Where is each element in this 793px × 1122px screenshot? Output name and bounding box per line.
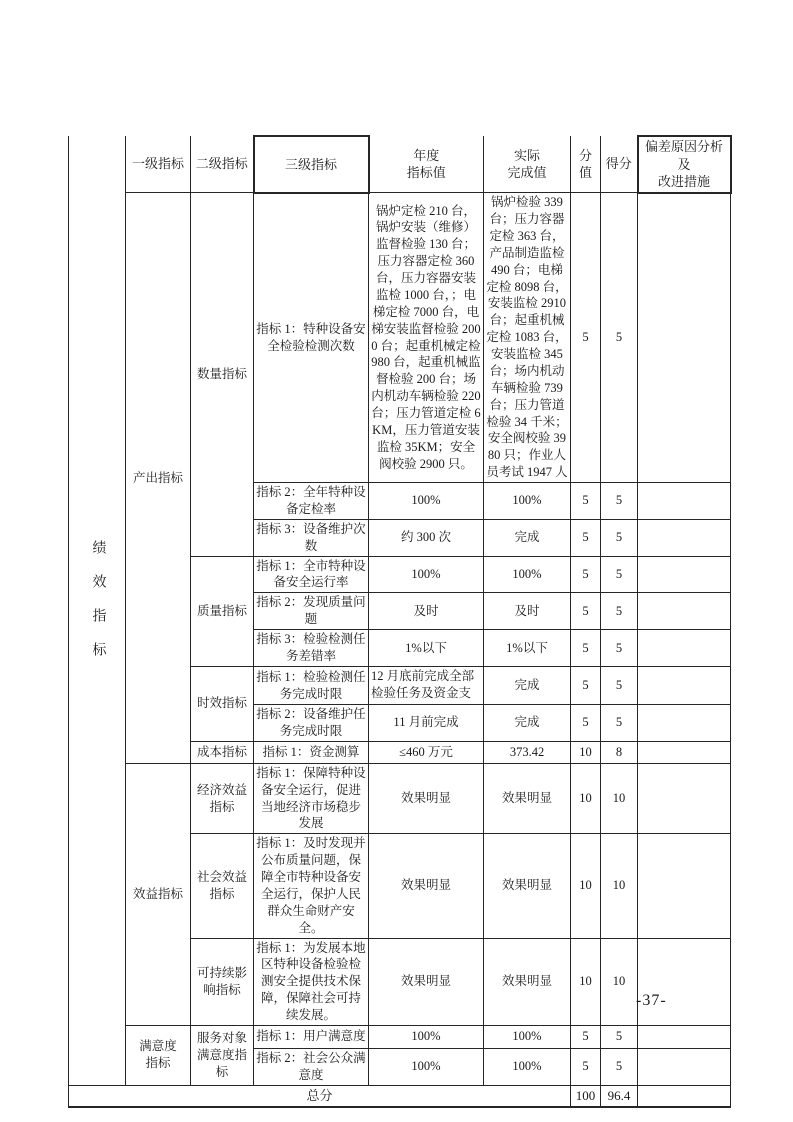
cell-level3: 指标 3：检验检测任务差错率 [254, 630, 369, 667]
cell-level3: 指标 1：及时发现并公布质量问题，保障全市特种设备安全运行，保护人民群众生命财产… [254, 834, 369, 938]
cell-points: 5 [571, 1048, 601, 1085]
header-actual-value: 实际 完成值 [484, 136, 571, 193]
cell-actual-value: 效果明显 [484, 763, 571, 834]
cell-level3: 指标 1：全市特种设备安全运行率 [254, 556, 369, 593]
cell-points: 10 [571, 938, 601, 1025]
clipped-text: 12 月底前完成全部检验任务及资金支付 [371, 668, 481, 703]
cell-points: 5 [571, 556, 601, 593]
cell-level2-quantity: 数量指标 [191, 193, 254, 556]
cell-actual-value: 效果明显 [484, 938, 571, 1025]
header-level3: 三级指标 [254, 136, 369, 193]
cell-actual-value: 完成 [484, 519, 571, 556]
header-points: 分 值 [571, 136, 601, 193]
cell-deviation [638, 483, 731, 520]
cell-actual-value: 锅炉检验 339 台；压力容器定检 363 台，产品制造监检 490 台；电梯定… [484, 193, 571, 483]
cell-level3: 指标 2：社会公众满意度 [254, 1048, 369, 1085]
cell-points: 5 [571, 667, 601, 705]
side-label-text: 绩效指标 [88, 540, 107, 676]
cell-annual-target: 效果明显 [369, 938, 484, 1025]
cell-level3: 指标 2：发现质量问题 [254, 593, 369, 630]
header-level2: 二级指标 [191, 136, 254, 193]
cell-annual-target: 效果明显 [369, 834, 484, 938]
cell-level1-benefit: 效益指标 [126, 763, 191, 1025]
cell-level2-cost: 成本指标 [191, 741, 254, 763]
cell-score: 10 [601, 763, 638, 834]
cell-actual-value: 及时 [484, 593, 571, 630]
cell-score: 5 [601, 556, 638, 593]
cell-level3: 指标 2：全年特种设备定检率 [254, 483, 369, 520]
cell-level3: 指标 1：资金测算 [254, 741, 369, 763]
cell-deviation [638, 763, 731, 834]
cell-level2-economic: 经济效益 指标 [191, 763, 254, 834]
cell-annual-target: ≤460 万元 [369, 741, 484, 763]
cell-points: 5 [571, 193, 601, 483]
cell-score: 10 [601, 938, 638, 1025]
cell-level3: 指标 1：用户满意度 [254, 1025, 369, 1048]
cell-annual-target: 1%以下 [369, 630, 484, 667]
cell-score: 5 [601, 1025, 638, 1048]
cell-points: 5 [571, 705, 601, 742]
cell-level2-timeliness: 时效指标 [191, 667, 254, 742]
cell-points: 5 [571, 483, 601, 520]
cell-points: 10 [571, 741, 601, 763]
cell-actual-value: 373.42 [484, 741, 571, 763]
cell-deviation [638, 193, 731, 483]
cell-score: 5 [601, 593, 638, 630]
performance-indicator-table: 绩效指标 一级指标 二级指标 三级指标 年度 指标值 实际 完成值 分 值 得分… [68, 135, 732, 1108]
cell-deviation [638, 667, 731, 705]
cell-annual-target: 100% [369, 1025, 484, 1048]
cell-deviation [638, 556, 731, 593]
cell-deviation [638, 705, 731, 742]
cell-annual-target: 效果明显 [369, 763, 484, 834]
cell-level3: 指标 1：检验检测任务完成时限 [254, 667, 369, 705]
table-row: 满意度 指标 服务对象 满意度指 标 指标 1：用户满意度 100% 100% … [69, 1025, 731, 1048]
total-label: 总分 [69, 1085, 571, 1107]
table-header-row: 绩效指标 一级指标 二级指标 三级指标 年度 指标值 实际 完成值 分 值 得分… [69, 136, 731, 193]
cell-actual-value: 100% [484, 1048, 571, 1085]
cell-points: 10 [571, 834, 601, 938]
cell-deviation [638, 938, 731, 1025]
total-row: 总分 100 96.4 [69, 1085, 731, 1107]
cell-level3: 指标 1：保障特种设备安全运行，促进当地经济市场稳步发展 [254, 763, 369, 834]
cell-level2-social: 社会效益 指标 [191, 834, 254, 938]
total-points: 100 [571, 1085, 601, 1107]
cell-level1-satisfaction: 满意度 指标 [126, 1025, 191, 1085]
cell-actual-value: 完成 [484, 705, 571, 742]
cell-level3: 指标 1：为发展本地区特种设备检验检测安全提供技术保障，保障社会可持续发展。 [254, 938, 369, 1025]
cell-actual-value: 100% [484, 1025, 571, 1048]
header-level1: 一级指标 [126, 136, 191, 193]
cell-deviation [638, 519, 731, 556]
cell-actual-value: 100% [484, 556, 571, 593]
table-row: 效益指标 经济效益 指标 指标 1：保障特种设备安全运行，促进当地经济市场稳步发… [69, 763, 731, 834]
cell-score: 5 [601, 193, 638, 483]
cell-actual-value: 1%以下 [484, 630, 571, 667]
cell-deviation [638, 1085, 731, 1107]
cell-level3: 指标 3：设备维护次数 [254, 519, 369, 556]
cell-annual-target: 约 300 次 [369, 519, 484, 556]
header-annual-target: 年度 指标值 [369, 136, 484, 193]
header-score: 得分 [601, 136, 638, 193]
cell-score: 5 [601, 630, 638, 667]
cell-level2-service-target: 服务对象 满意度指 标 [191, 1025, 254, 1085]
cell-points: 5 [571, 1025, 601, 1048]
cell-score: 10 [601, 834, 638, 938]
cell-points: 5 [571, 593, 601, 630]
cell-score: 5 [601, 1048, 638, 1085]
cell-score: 8 [601, 741, 638, 763]
table-row: 产出指标 数量指标 指标 1：特种设备安全检验检测次数 锅炉定检 210 台，锅… [69, 193, 731, 483]
cell-actual-value: 完成 [484, 667, 571, 705]
cell-annual-target: 锅炉定检 210 台，锅炉安装（维修）监督检验 130 台；压力容器定检 360… [369, 193, 484, 483]
cell-level3: 指标 2：设备维护任务完成时限 [254, 705, 369, 742]
total-score: 96.4 [601, 1085, 638, 1107]
page-number: -37- [636, 992, 667, 1010]
cell-annual-target: 及时 [369, 593, 484, 630]
cell-points: 5 [571, 630, 601, 667]
cell-score: 5 [601, 667, 638, 705]
cell-deviation [638, 1048, 731, 1085]
cell-points: 10 [571, 763, 601, 834]
cell-level3: 指标 1：特种设备安全检验检测次数 [254, 193, 369, 483]
cell-annual-target: 100% [369, 1048, 484, 1085]
cell-annual-target: 12 月底前完成全部检验任务及资金支付 [369, 667, 484, 705]
cell-level2-sustainability: 可持续影 响指标 [191, 938, 254, 1025]
cell-annual-target: 100% [369, 483, 484, 520]
cell-points: 5 [571, 519, 601, 556]
cell-deviation [638, 593, 731, 630]
cell-deviation [638, 741, 731, 763]
cell-level1-output: 产出指标 [126, 193, 191, 764]
cell-annual-target: 11 月前完成 [369, 705, 484, 742]
cell-deviation [638, 834, 731, 938]
cell-deviation [638, 630, 731, 667]
header-deviation-analysis: 偏差原因分析及 改进措施 [638, 136, 731, 193]
cell-actual-value: 100% [484, 483, 571, 520]
cell-level2-quality: 质量指标 [191, 556, 254, 667]
document-page: 绩效指标 一级指标 二级指标 三级指标 年度 指标值 实际 完成值 分 值 得分… [0, 0, 793, 1122]
cell-deviation [638, 1025, 731, 1048]
cell-score: 5 [601, 483, 638, 520]
side-label-performance-indicators: 绩效指标 [69, 136, 126, 1085]
cell-annual-target: 100% [369, 556, 484, 593]
cell-score: 5 [601, 705, 638, 742]
cell-actual-value: 效果明显 [484, 834, 571, 938]
cell-score: 5 [601, 519, 638, 556]
